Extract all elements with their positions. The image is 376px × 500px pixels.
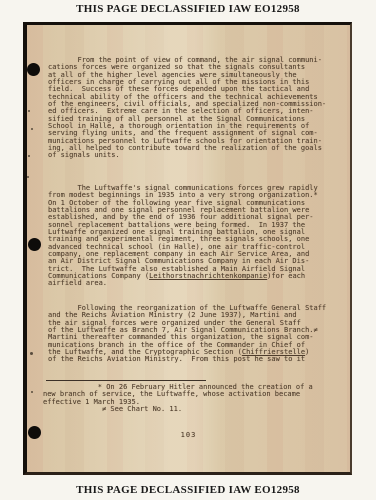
paper-speck (27, 176, 29, 178)
declassification-banner-bottom: THIS PAGE DECLASSIFIED IAW EO12958 (0, 484, 376, 497)
paragraph-reorganization: Following the reorganization of the Luft… (48, 305, 326, 364)
paragraph-command-overview: From the point of view of command, the a… (48, 57, 326, 160)
declassification-banner-top: THIS PAGE DECLASSIFIED IAW EO12958 (0, 3, 376, 16)
underlined-german-term-leithorst: Leithorstnachrichtenkompanie (149, 272, 267, 280)
paper-speck (30, 352, 33, 355)
paper-speck (31, 391, 33, 393)
hole-punch-middle (28, 238, 41, 251)
paper-speck (28, 155, 30, 157)
page-number: 103 (27, 432, 350, 439)
paper-speck (28, 110, 30, 112)
footnote-separator (46, 380, 206, 381)
paragraph-growth-text-lead: The Luftwaffe's signal communications fo… (48, 184, 318, 280)
paper-speck (31, 128, 33, 130)
paragraph-growth-history: The Luftwaffe's signal communications fo… (48, 185, 318, 288)
hole-punch-top (27, 63, 40, 76)
footnote-text: * On 26 February Hitler announced the cr… (43, 384, 313, 413)
scanned-page: From the point of view of command, the a… (23, 22, 352, 475)
